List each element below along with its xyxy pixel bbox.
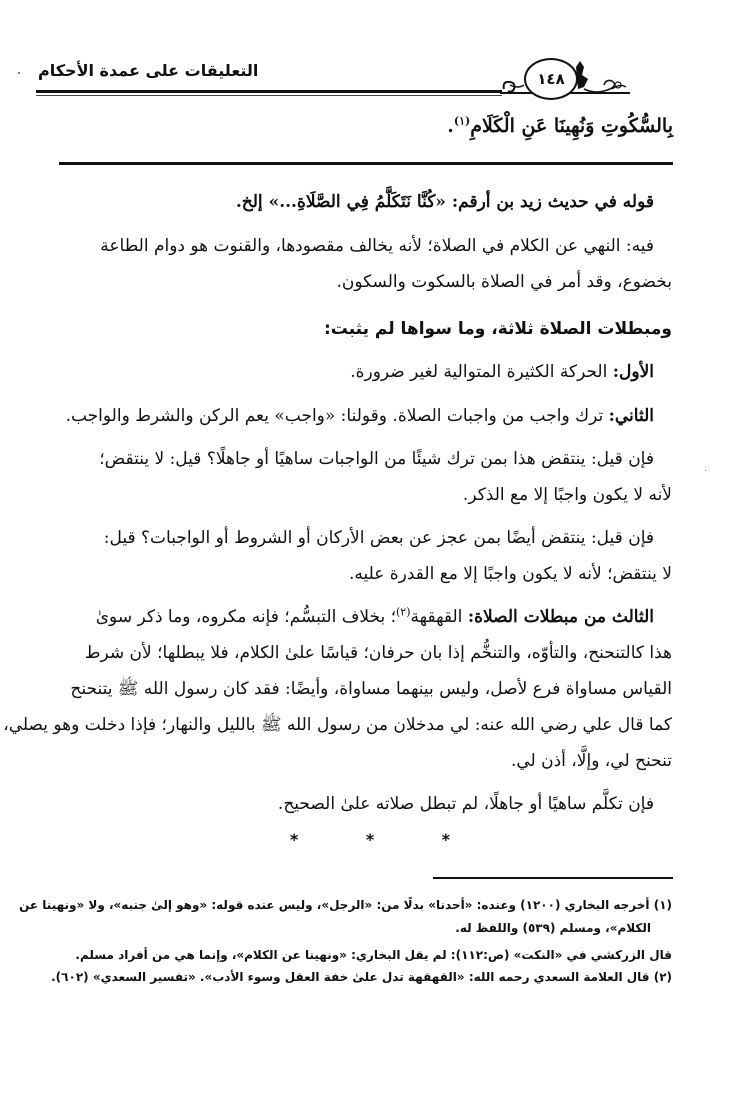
scan-speck <box>18 72 20 74</box>
period: . <box>447 115 454 137</box>
star-icon: * <box>366 830 374 849</box>
invalidator-third-line-2: هذا كالتنحنح، والتأوّه، والتنخُّم إذا با… <box>85 636 672 671</box>
objection-1-line-1: فإن قيل: ينتقض هذا بمن ترك شيئًا من الوا… <box>99 442 654 477</box>
first-label: الأول: <box>613 362 654 382</box>
invalidator-third-line-4: كما قال علي رضي الله عنه: لي مدخلان من ر… <box>3 708 672 743</box>
invalidator-third-line-3: القياس مساواة فرع لأصل، وليس بينهما مساو… <box>70 672 672 707</box>
footnote-1-line-2: الكلام»، ومسلم (٥٣٩) واللفظ له. <box>455 921 651 935</box>
star-icon: * <box>290 830 298 849</box>
hadith-divider <box>59 162 673 165</box>
first-text: الحركة الكثيرة المتوالية لغير ضرورة. <box>350 362 613 382</box>
footnote-2: (٢) قال العلامة السعدي رحمه الله: «القهق… <box>51 970 672 984</box>
section-separator-stars: * * * <box>290 830 450 849</box>
second-label: الثاني: <box>609 406 654 426</box>
book-page: التعليقات على عمدة الأحكام ١٤٨ بِالسُّكُ… <box>0 0 731 1109</box>
quote-intro: قوله في حديث زيد بن أرقم: «كُنَّا نَتَكَ… <box>236 185 654 220</box>
footnote-ref-2[interactable]: (٢) <box>396 605 411 618</box>
star-icon: * <box>442 830 450 849</box>
invalidator-first: الأول: الحركة الكثيرة المتوالية لغير ضرو… <box>350 355 654 390</box>
objection-1-line-2: لأنه لا يكون واجبًا إلا مع الذكر. <box>463 478 672 513</box>
closing-ruling: فإن تكلَّم ساهيًا أو جاهلًا، لم تبطل صلا… <box>278 787 654 822</box>
book-title: التعليقات على عمدة الأحكام <box>38 61 258 80</box>
page-number: ١٤٨ <box>524 58 578 100</box>
commentary-body: قوله في حديث زيد بن أرقم: «كُنَّا نَتَكَ… <box>58 185 672 825</box>
quoted-hadith: «كُنَّا نَتَكَلَّمُ فِي الصَّلَاةِ...» <box>269 192 446 212</box>
quote-prefix: قوله في حديث زيد بن أرقم: <box>446 192 654 212</box>
quote-suffix: إلخ. <box>236 192 269 212</box>
footnote-separator <box>433 877 673 879</box>
third-text: ؛ بخلاف التبسُّم؛ فإنه مكروه، وما ذكر سو… <box>96 607 396 627</box>
header-rule <box>36 90 502 93</box>
page-number-ornament: ١٤٨ <box>500 55 630 101</box>
invalidator-second: الثاني: ترك واجب من واجبات الصلاة. وقولن… <box>66 399 654 434</box>
paragraph-fih-line-1: فيه: النهي عن الكلام في الصلاة؛ لأنه يخا… <box>100 229 654 264</box>
paragraph-fih-line-2: بخضوع، وقد أمر في الصلاة بالسكوت والسكون… <box>336 265 672 300</box>
footnote-1-line-1: (١) أخرجه البخاري (١٢٠٠) وعنده: «أحدنا» … <box>19 898 672 912</box>
objection-2-line-1: فإن قيل: ينتقض أيضًا بمن عجز عن بعض الأر… <box>104 521 654 556</box>
running-header: التعليقات على عمدة الأحكام ١٤٨ <box>30 55 678 101</box>
scan-speck <box>705 470 706 471</box>
hadith-text: بِالسُّكُوتِ وَنُهِينَا عَنِ الْكَلَامِ <box>470 115 673 137</box>
header-rule-thin <box>36 95 502 96</box>
invalidator-third-line-1: الثالث من مبطلات الصلاة: القهقهة(٢)؛ بخل… <box>96 600 654 635</box>
footnote-ref-1[interactable]: (١) <box>454 115 470 128</box>
invalidator-third-line-5: تنحنح لي، وإلَّا، أذن لي. <box>511 744 672 779</box>
hadith-continuation: بِالسُّكُوتِ وَنُهِينَا عَنِ الْكَلَامِ(… <box>447 106 673 146</box>
objection-2-line-2: لا ينتقض؛ لأنه لا يكون واجبًا إلا مع الق… <box>349 557 672 592</box>
third-label: الثالث من مبطلات الصلاة: <box>468 607 654 627</box>
footnote-1-zarkashi-note: قال الزركشي في «النكت» (ص:١١٢): لم يقل ا… <box>75 948 672 962</box>
third-term: القهقهة <box>411 607 468 627</box>
second-text: ترك واجب من واجبات الصلاة. وقولنا: «واجب… <box>66 406 609 426</box>
section-heading: ومبطلات الصلاة ثلاثة، وما سواها لم يثبت: <box>324 312 672 347</box>
